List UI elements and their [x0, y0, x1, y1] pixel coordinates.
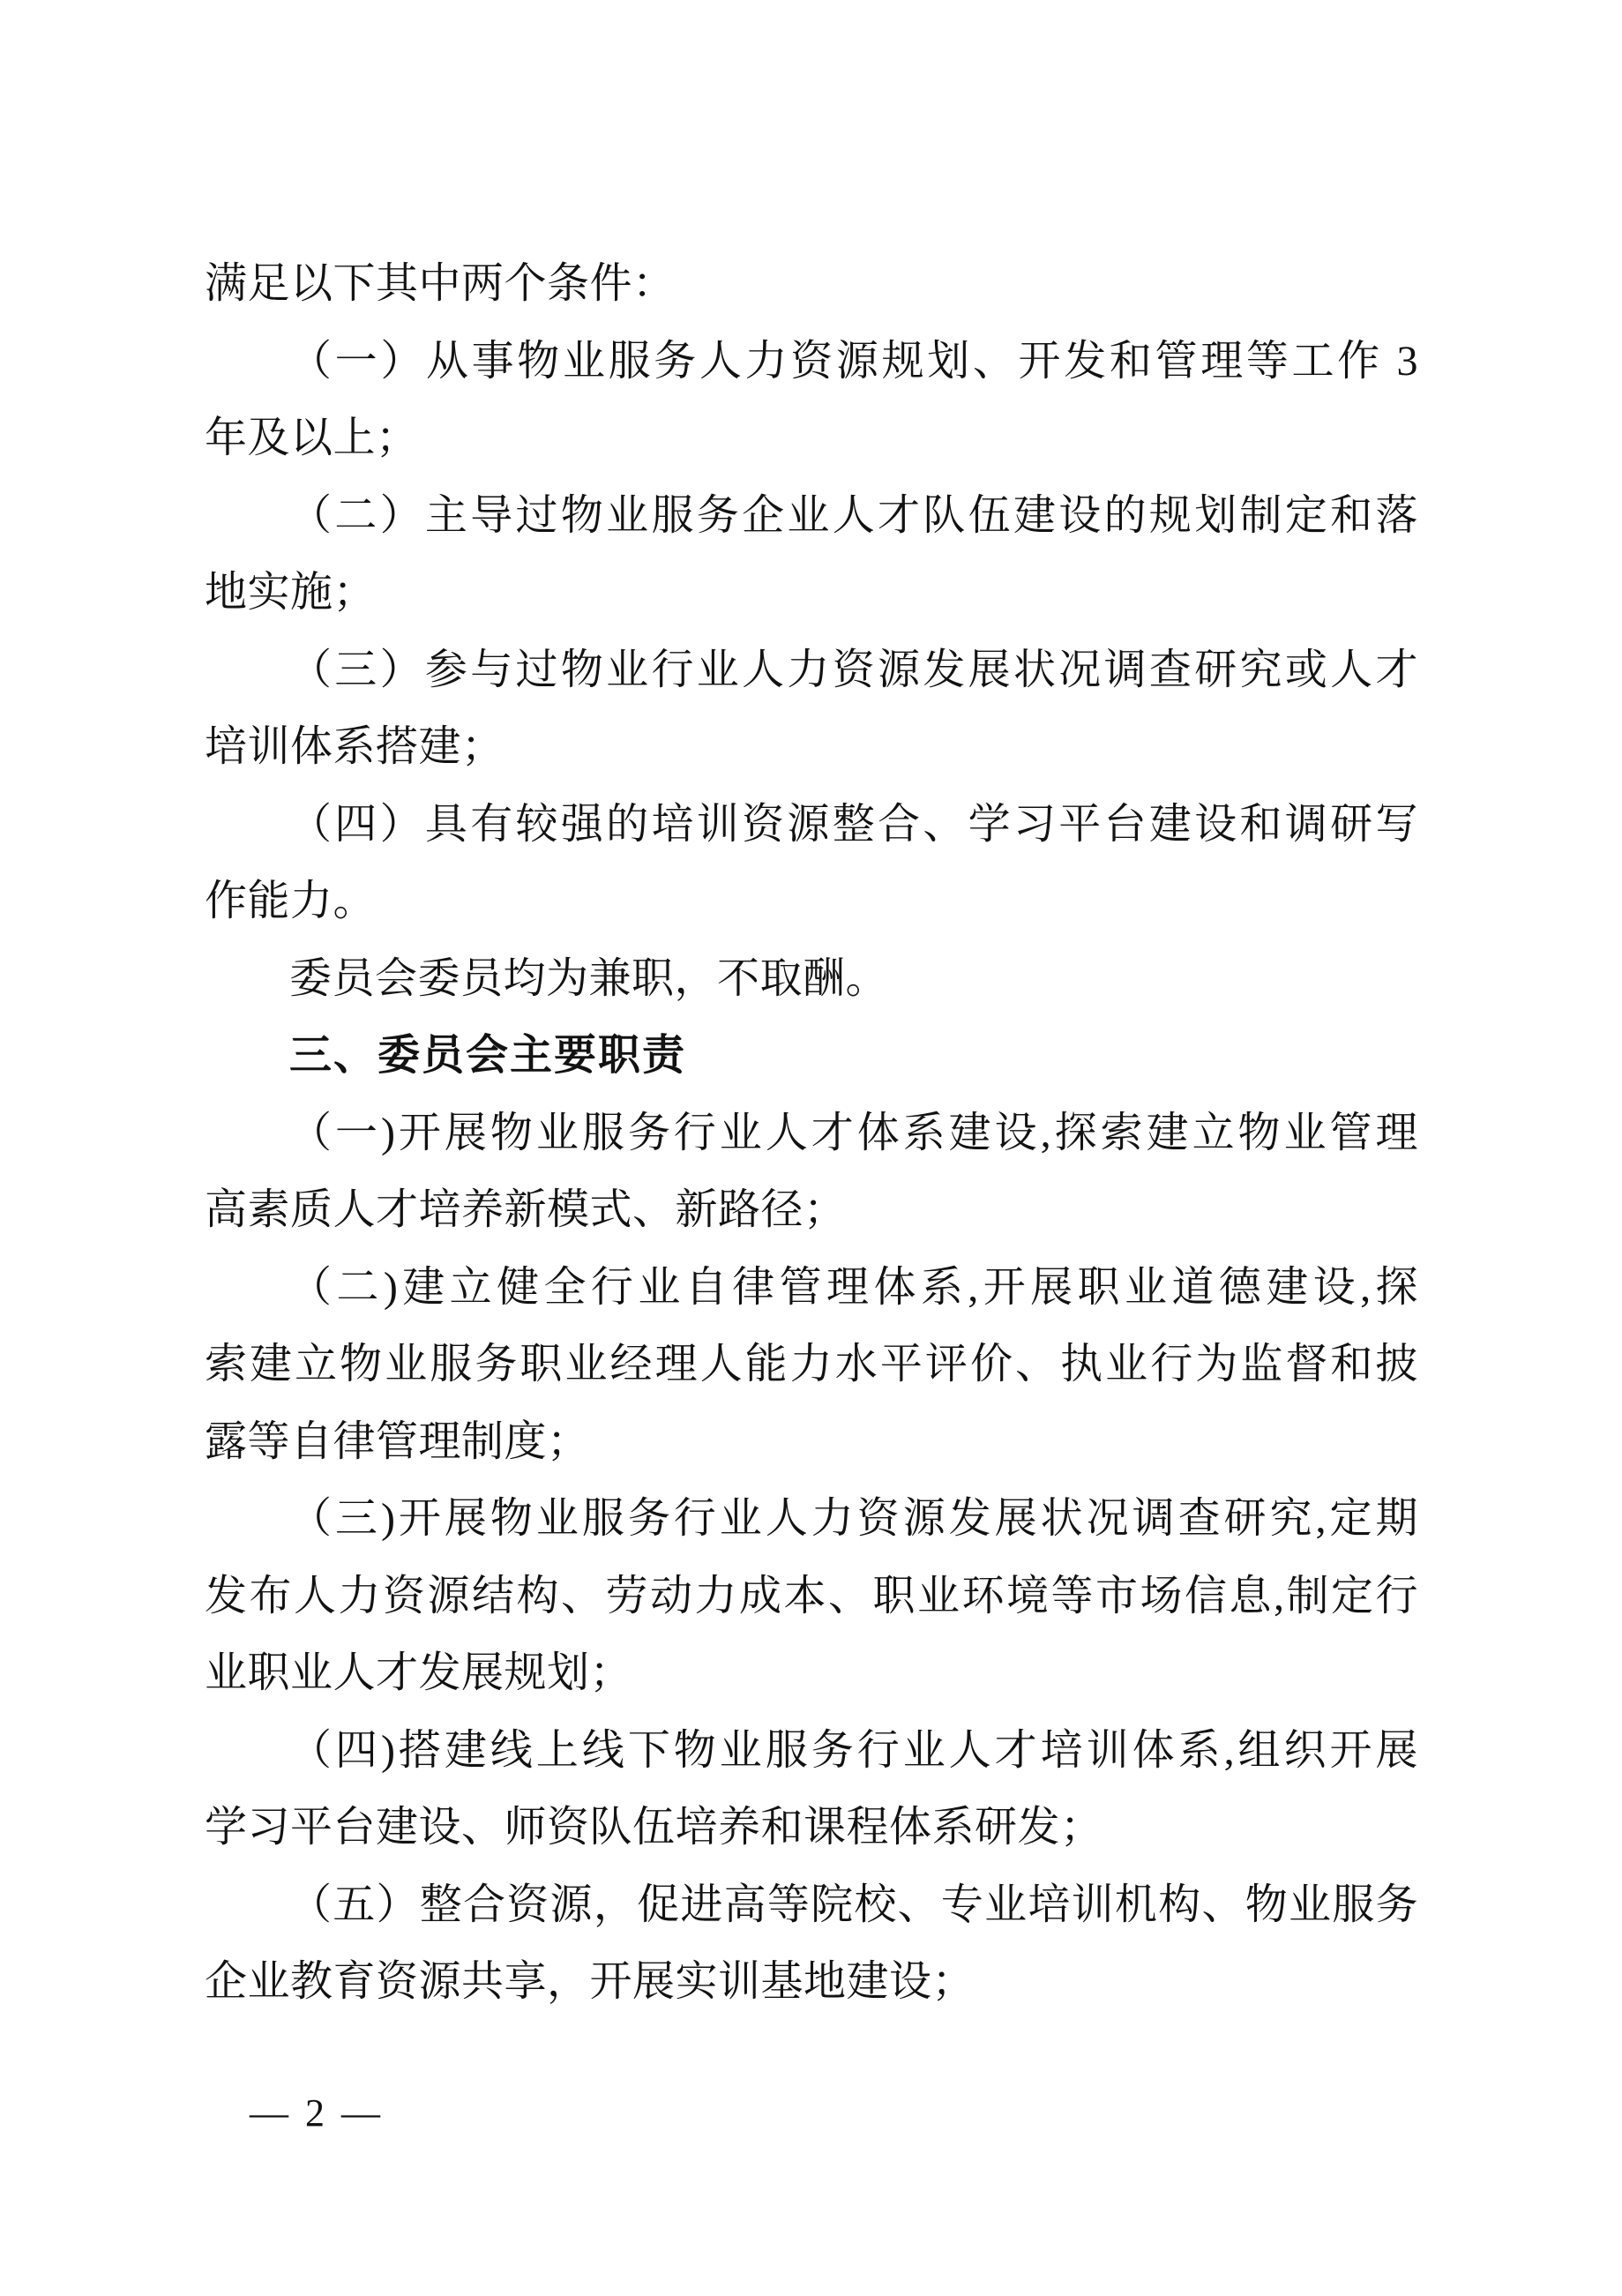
section-heading: 三、委员会主要职责 — [205, 1017, 1418, 1095]
document-line: （一)开展物业服务行业人才体系建设,探索建立物业管理 — [205, 1095, 1418, 1172]
document-line: （四）具有较强的培训资源整合、学习平台建设和调研写 — [205, 786, 1418, 864]
document-line: 地实施； — [205, 554, 1418, 632]
document-line: 高素质人才培养新模式、新路径； — [205, 1171, 1418, 1249]
page-number: — 2 — — [250, 2078, 384, 2149]
document-body: 满足以下其中两个条件： （一）从事物业服务人力资源规划、开发和管理等工作 3 年… — [205, 245, 1418, 2021]
document-line: （三）参与过物业行业人力资源发展状况调查研究或人才 — [205, 632, 1418, 709]
document-line: （二）主导过物业服务企业人才队伍建设的规划制定和落 — [205, 477, 1418, 555]
document-line: 委员会委员均为兼职，不取酬。 — [205, 940, 1418, 1018]
document-line: （四)搭建线上线下物业服务行业人才培训体系,组织开展 — [205, 1712, 1418, 1790]
document-line: 索建立物业服务职业经理人能力水平评价、执业行为监督和披 — [205, 1326, 1418, 1403]
document-line: 学习平台建设、师资队伍培养和课程体系研发； — [205, 1789, 1418, 1866]
document-line: （二)建立健全行业自律管理体系,开展职业道德建设,探 — [205, 1249, 1418, 1327]
document-line: 年及以上； — [205, 400, 1418, 477]
document-line: 企业教育资源共享，开展实训基地建设； — [205, 1943, 1418, 2021]
document-line: 发布人力资源结构、劳动力成本、职业环境等市场信息,制定行 — [205, 1558, 1418, 1635]
document-line: 满足以下其中两个条件： — [205, 245, 1418, 323]
document-line: 作能力。 — [205, 863, 1418, 940]
document-line: 培训体系搭建； — [205, 708, 1418, 786]
document-line: 业职业人才发展规划； — [205, 1634, 1418, 1712]
document-line: （五）整合资源，促进高等院校、专业培训机构、物业服务 — [205, 1866, 1418, 1944]
document-line: （三)开展物业服务行业人力资源发展状况调查研究,定期 — [205, 1480, 1418, 1558]
document-page: 满足以下其中两个条件： （一）从事物业服务人力资源规划、开发和管理等工作 3 年… — [0, 0, 1622, 2296]
document-line: （一）从事物业服务人力资源规划、开发和管理等工作 3 — [205, 323, 1418, 400]
document-line: 露等自律管理制度； — [205, 1403, 1418, 1481]
